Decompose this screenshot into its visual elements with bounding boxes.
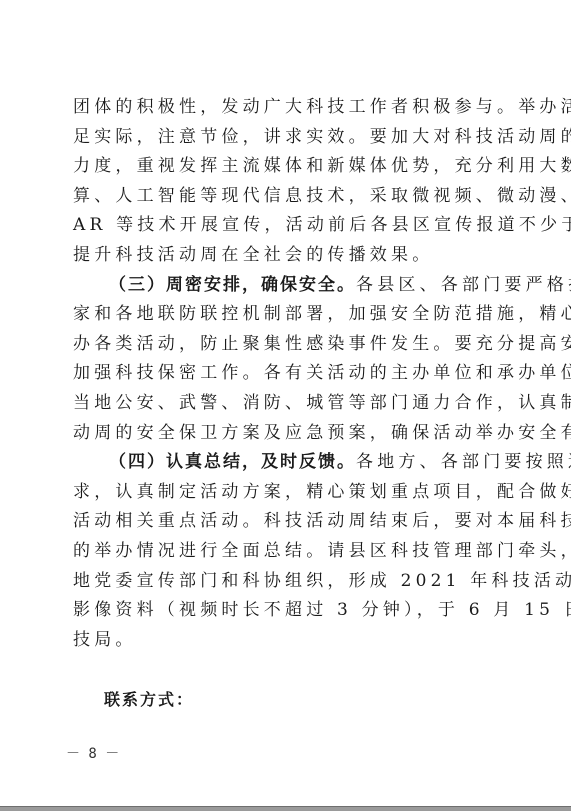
section-3-first-line: （三）周密安排，确保安全。各县区、各部门要严格执行国 (73, 271, 497, 301)
paragraph-line: 当地公安、武警、消防、城管等部门通力合作，认真制定科技活 (73, 389, 497, 419)
paragraph-line: 地党委宣传部门和科协组织，形成 2021 年科技活动周总结报告、 (73, 567, 497, 597)
section-4-first-line: （四）认真总结，及时反馈。各地方、各部门要按照通知要 (73, 448, 497, 478)
page-bottom-border (0, 806, 571, 811)
section-3-text: 各县区、各部门要严格执行国 (356, 275, 571, 295)
paragraph-line: AR 等技术开展宣传，活动前后各县区宣传报道不少于 5 篇，以 (73, 211, 497, 241)
section-4-text: 各地方、各部门要按照通知要 (356, 452, 571, 472)
paragraph-line: 家和各地联防联控机制部署，加强安全防范措施，精心组织举 (73, 300, 497, 330)
paragraph-line: 求，认真制定活动方案，精心策划重点项目，配合做好全市科技 (73, 478, 497, 508)
section-4-heading: （四）认真总结，及时反馈。 (109, 452, 356, 472)
paragraph-line: 加强科技保密工作。各有关活动的主办单位和承办单位，要与 (73, 359, 497, 389)
paragraph-line: 技局。 (73, 626, 497, 656)
paragraph-line: 算、人工智能等现代信息技术，采取微视频、微动漫、H5、VR、 (73, 182, 497, 212)
paragraph-line: 提升科技活动周在全社会的传播效果。 (73, 241, 497, 271)
paragraph-line: 足实际，注意节俭，讲求实效。要加大对科技活动周的宣传报道 (73, 123, 497, 153)
paragraph-line: 办各类活动，防止聚集性感染事件发生。要充分提高安全意识， (73, 330, 497, 360)
paragraph-line: 活动相关重点活动。科技活动周结束后，要对本届科技活动周 (73, 507, 497, 537)
paragraph-line: 的举办情况进行全面总结。请县区科技管理部门牵头，会同当 (73, 537, 497, 567)
paragraph-line: 影像资料（视频时长不超过 3 分钟），于 6 月 15 日前报送市科 (73, 596, 497, 626)
section-3-heading: （三）周密安排，确保安全。 (109, 275, 356, 295)
paragraph-line: 团体的积极性，发动广大科技工作者积极参与。举办活动要立 (73, 93, 497, 123)
body-text: 团体的积极性，发动广大科技工作者积极参与。举办活动要立 足实际，注意节俭，讲求实… (73, 93, 497, 655)
contact-label: 联系方式： (104, 687, 194, 710)
page-number: － 8 － (66, 743, 119, 763)
paragraph-line: 力度，重视发挥主流媒体和新媒体优势，充分利用大数据、云计 (73, 152, 497, 182)
document-page: 团体的积极性，发动广大科技工作者积极参与。举办活动要立 足实际，注意节俭，讲求实… (0, 0, 571, 806)
paragraph-line: 动周的安全保卫方案及应急预案，确保活动举办安全有序。 (73, 419, 497, 449)
